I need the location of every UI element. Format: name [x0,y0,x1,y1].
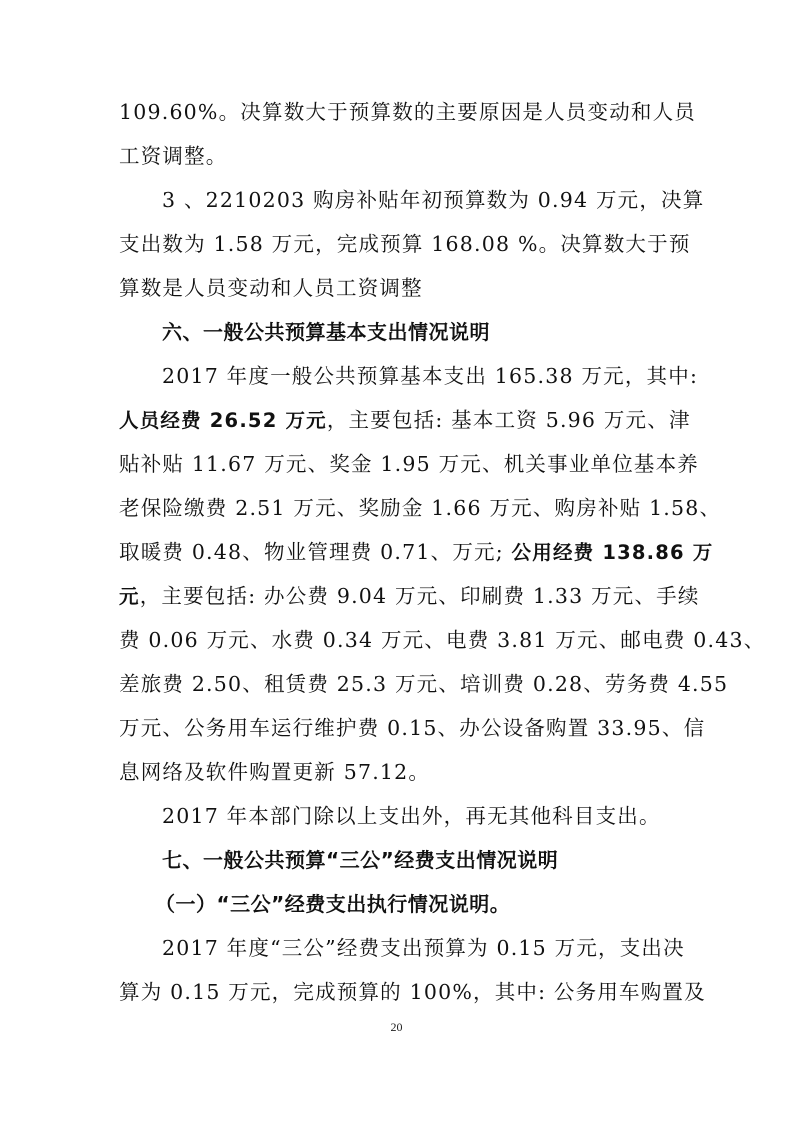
paragraph-line: 2017 年度“三公”经费支出预算为 0.15 万元，支出决 [119,926,675,970]
paragraph-line: 万元、公务用车运行维护费 0.15、办公设备购置 33.95、信 [119,706,675,750]
paragraph-line: 元，主要包括: 办公费 9.04 万元、印刷费 1.33 万元、手续 [119,574,675,618]
paragraph-line: 2017 年度一般公共预算基本支出 165.38 万元，其中: [119,354,675,398]
personnel-cost-label: 人员经费 26.52 万元 [119,409,327,432]
paragraph-line: 息网络及软件购置更新 57.12。 [119,750,675,794]
paragraph-line: 老保险缴费 2.51 万元、奖励金 1.66 万元、购房补贴 1.58、 [119,486,675,530]
paragraph-line: 取暖费 0.48、物业管理费 0.71、万元; 公用经费 138.86 万 [119,530,675,574]
page-number: 20 [0,1020,793,1035]
document-page: 109.60%。决算数大于预算数的主要原因是人员变动和人员 工资调整。 3 、2… [119,90,675,1014]
paragraph-line: 差旅费 2.50、租赁费 25.3 万元、培训费 0.28、劳务费 4.55 [119,662,675,706]
paragraph-line: 3 、2210203 购房补贴年初预算数为 0.94 万元，决算 [119,178,675,222]
paragraph-line: 支出数为 1.58 万元，完成预算 168.08 %。决算数大于预 [119,222,675,266]
paragraph-line: 算为 0.15 万元，完成预算的 100%，其中: 公务用车购置及 [119,970,675,1014]
paragraph-text: ，主要包括: 办公费 9.04 万元、印刷费 1.33 万元、手续 [140,584,700,608]
section-heading-7: 七、一般公共预算“三公”经费支出情况说明 [119,838,675,882]
paragraph-line: 109.60%。决算数大于预算数的主要原因是人员变动和人员 [119,90,675,134]
paragraph-line: 贴补贴 11.67 万元、奖金 1.95 万元、机关事业单位基本养 [119,442,675,486]
section-heading-6: 六、一般公共预算基本支出情况说明 [119,310,675,354]
public-cost-label-end: 元 [119,585,140,608]
paragraph-line: 算数是人员变动和人员工资调整 [119,266,675,310]
subsection-heading: （一）“三公”经费支出执行情况说明。 [119,882,675,926]
paragraph-line: 人员经费 26.52 万元，主要包括: 基本工资 5.96 万元、津 [119,398,675,442]
paragraph-text: 取暖费 0.48、物业管理费 0.71、万元; [119,540,512,564]
paragraph-line: 费 0.06 万元、水费 0.34 万元、电费 3.81 万元、邮电费 0.43… [119,618,675,662]
paragraph-line: 2017 年本部门除以上支出外，再无其他科目支出。 [119,794,675,838]
paragraph-line: 工资调整。 [119,134,675,178]
public-cost-label: 公用经费 138.86 万 [512,541,714,564]
paragraph-text: ，主要包括: 基本工资 5.96 万元、津 [327,408,691,432]
